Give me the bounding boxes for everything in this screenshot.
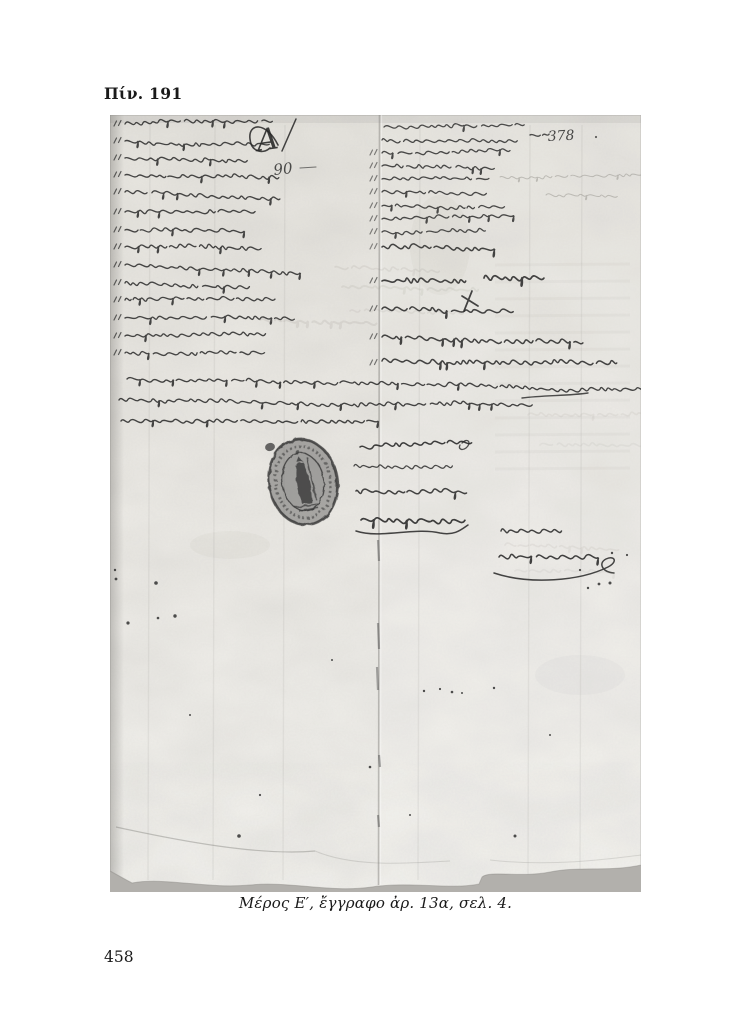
page-number: 458 <box>104 948 134 966</box>
manuscript-figure: A90378 <box>110 115 641 892</box>
plate-label: Πίν. 191 <box>104 84 182 103</box>
svg-text:378: 378 <box>547 128 575 145</box>
svg-text:90: 90 <box>273 159 294 179</box>
figure-caption: Μέρος Ε′, ἔγγραφο ἀρ. 13α, σελ. 4. <box>110 894 641 912</box>
manuscript-scan: A90378 <box>110 115 641 892</box>
